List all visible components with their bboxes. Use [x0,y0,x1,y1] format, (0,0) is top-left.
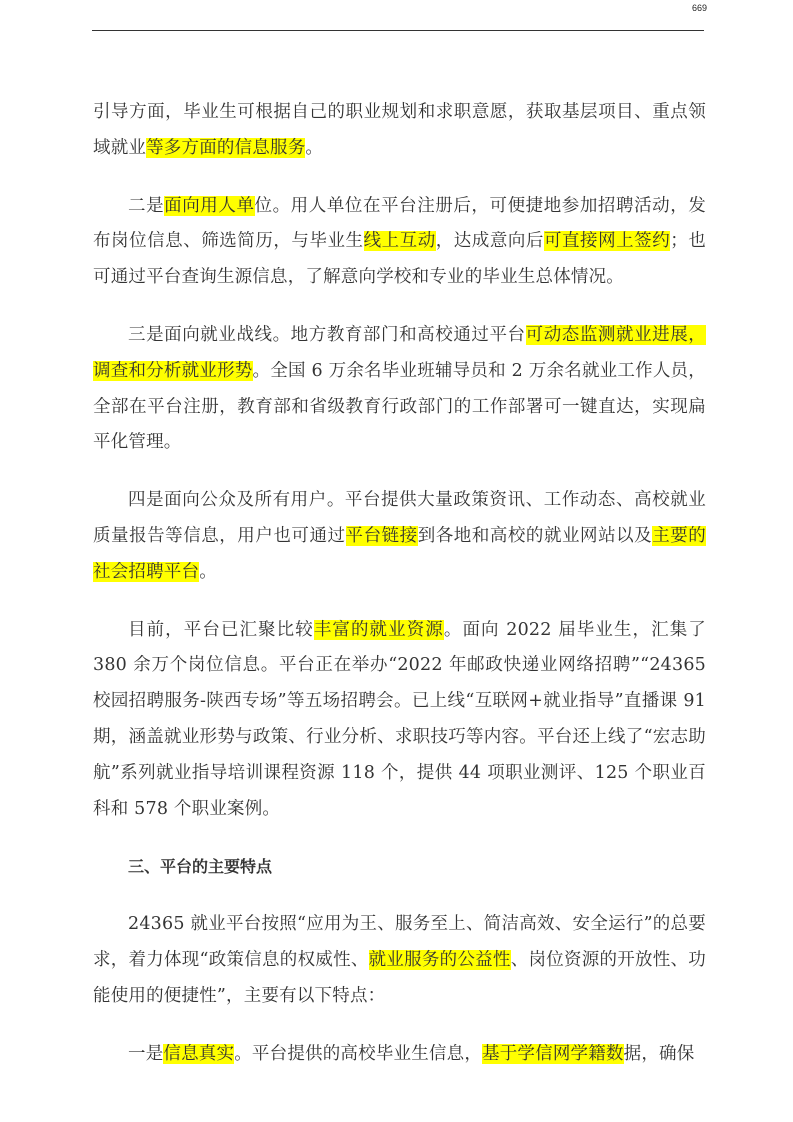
text-run: 目前，平台已汇聚比较 [128,620,314,640]
text-run: 。面向 2022 届毕业生，汇集了 380 余万个岗位信息。平台正在举办“202… [93,620,706,819]
highlighted-text: 信息真实 [163,1044,234,1064]
text-run: 据，确保 [624,1044,695,1064]
paragraph: 四是面向公众及所有用户。平台提供大量政策资讯、工作动态、高校就业质量报告等信息，… [93,483,706,590]
paragraph: 24365 就业平台按照“应用为王、服务至上、简洁高效、安全运行”的总要求，着力… [93,907,706,1014]
text-run: 二是 [128,196,164,216]
highlighted-text: 面向用人单 [164,196,254,216]
text-run: 三是面向就业战线。地方教育部门和高校通过平台 [128,325,526,345]
highlighted-text: 线上互动 [364,231,436,251]
highlighted-text: 丰富的就业资源 [314,620,444,640]
paragraph: 二是面向用人单位。用人单位在平台注册后，可便捷地参加招聘活动，发布岗位信息、筛选… [93,189,706,296]
paragraph: 一是信息真实。平台提供的高校毕业生信息，基于学信网学籍数据，确保 [93,1037,706,1073]
paragraph: 引导方面，毕业生可根据自己的职业规划和求职意愿，获取基层项目、重点领域就业等多方… [93,95,706,167]
highlighted-text: 就业服务的公益性 [369,950,511,970]
paragraph: 三是面向就业战线。地方教育部门和高校通过平台可动态监测就业进展，调查和分析就业形… [93,318,706,461]
section-heading: 三、平台的主要特点 [93,849,706,885]
page-number: 669 [692,3,707,13]
paragraph: 目前，平台已汇聚比较丰富的就业资源。面向 2022 届毕业生，汇集了 380 余… [93,613,706,828]
paragraphs-after-heading: 24365 就业平台按照“应用为王、服务至上、简洁高效、安全运行”的总要求，着力… [93,907,706,1072]
highlighted-text: 等多方面的信息服务 [146,138,305,158]
text-run: 到各地和高校的就业网站以及 [418,526,653,546]
header-rule [92,30,704,31]
paragraphs-before-heading: 引导方面，毕业生可根据自己的职业规划和求职意愿，获取基层项目、重点领域就业等多方… [93,95,706,827]
text-run: 。平台提供的高校毕业生信息， [234,1044,482,1064]
highlighted-text: 可直接网上签约 [544,231,670,251]
text-run: 一是 [128,1044,163,1064]
text-run: 。 [199,562,217,582]
document-body: 引导方面，毕业生可根据自己的职业规划和求职意愿，获取基层项目、重点领域就业等多方… [93,95,706,1094]
highlighted-text: 基于学信网学籍数 [482,1044,624,1064]
text-run: 。 [305,138,323,158]
text-run: ，达成意向后 [436,231,544,251]
highlighted-text: 平台链接 [346,526,418,546]
